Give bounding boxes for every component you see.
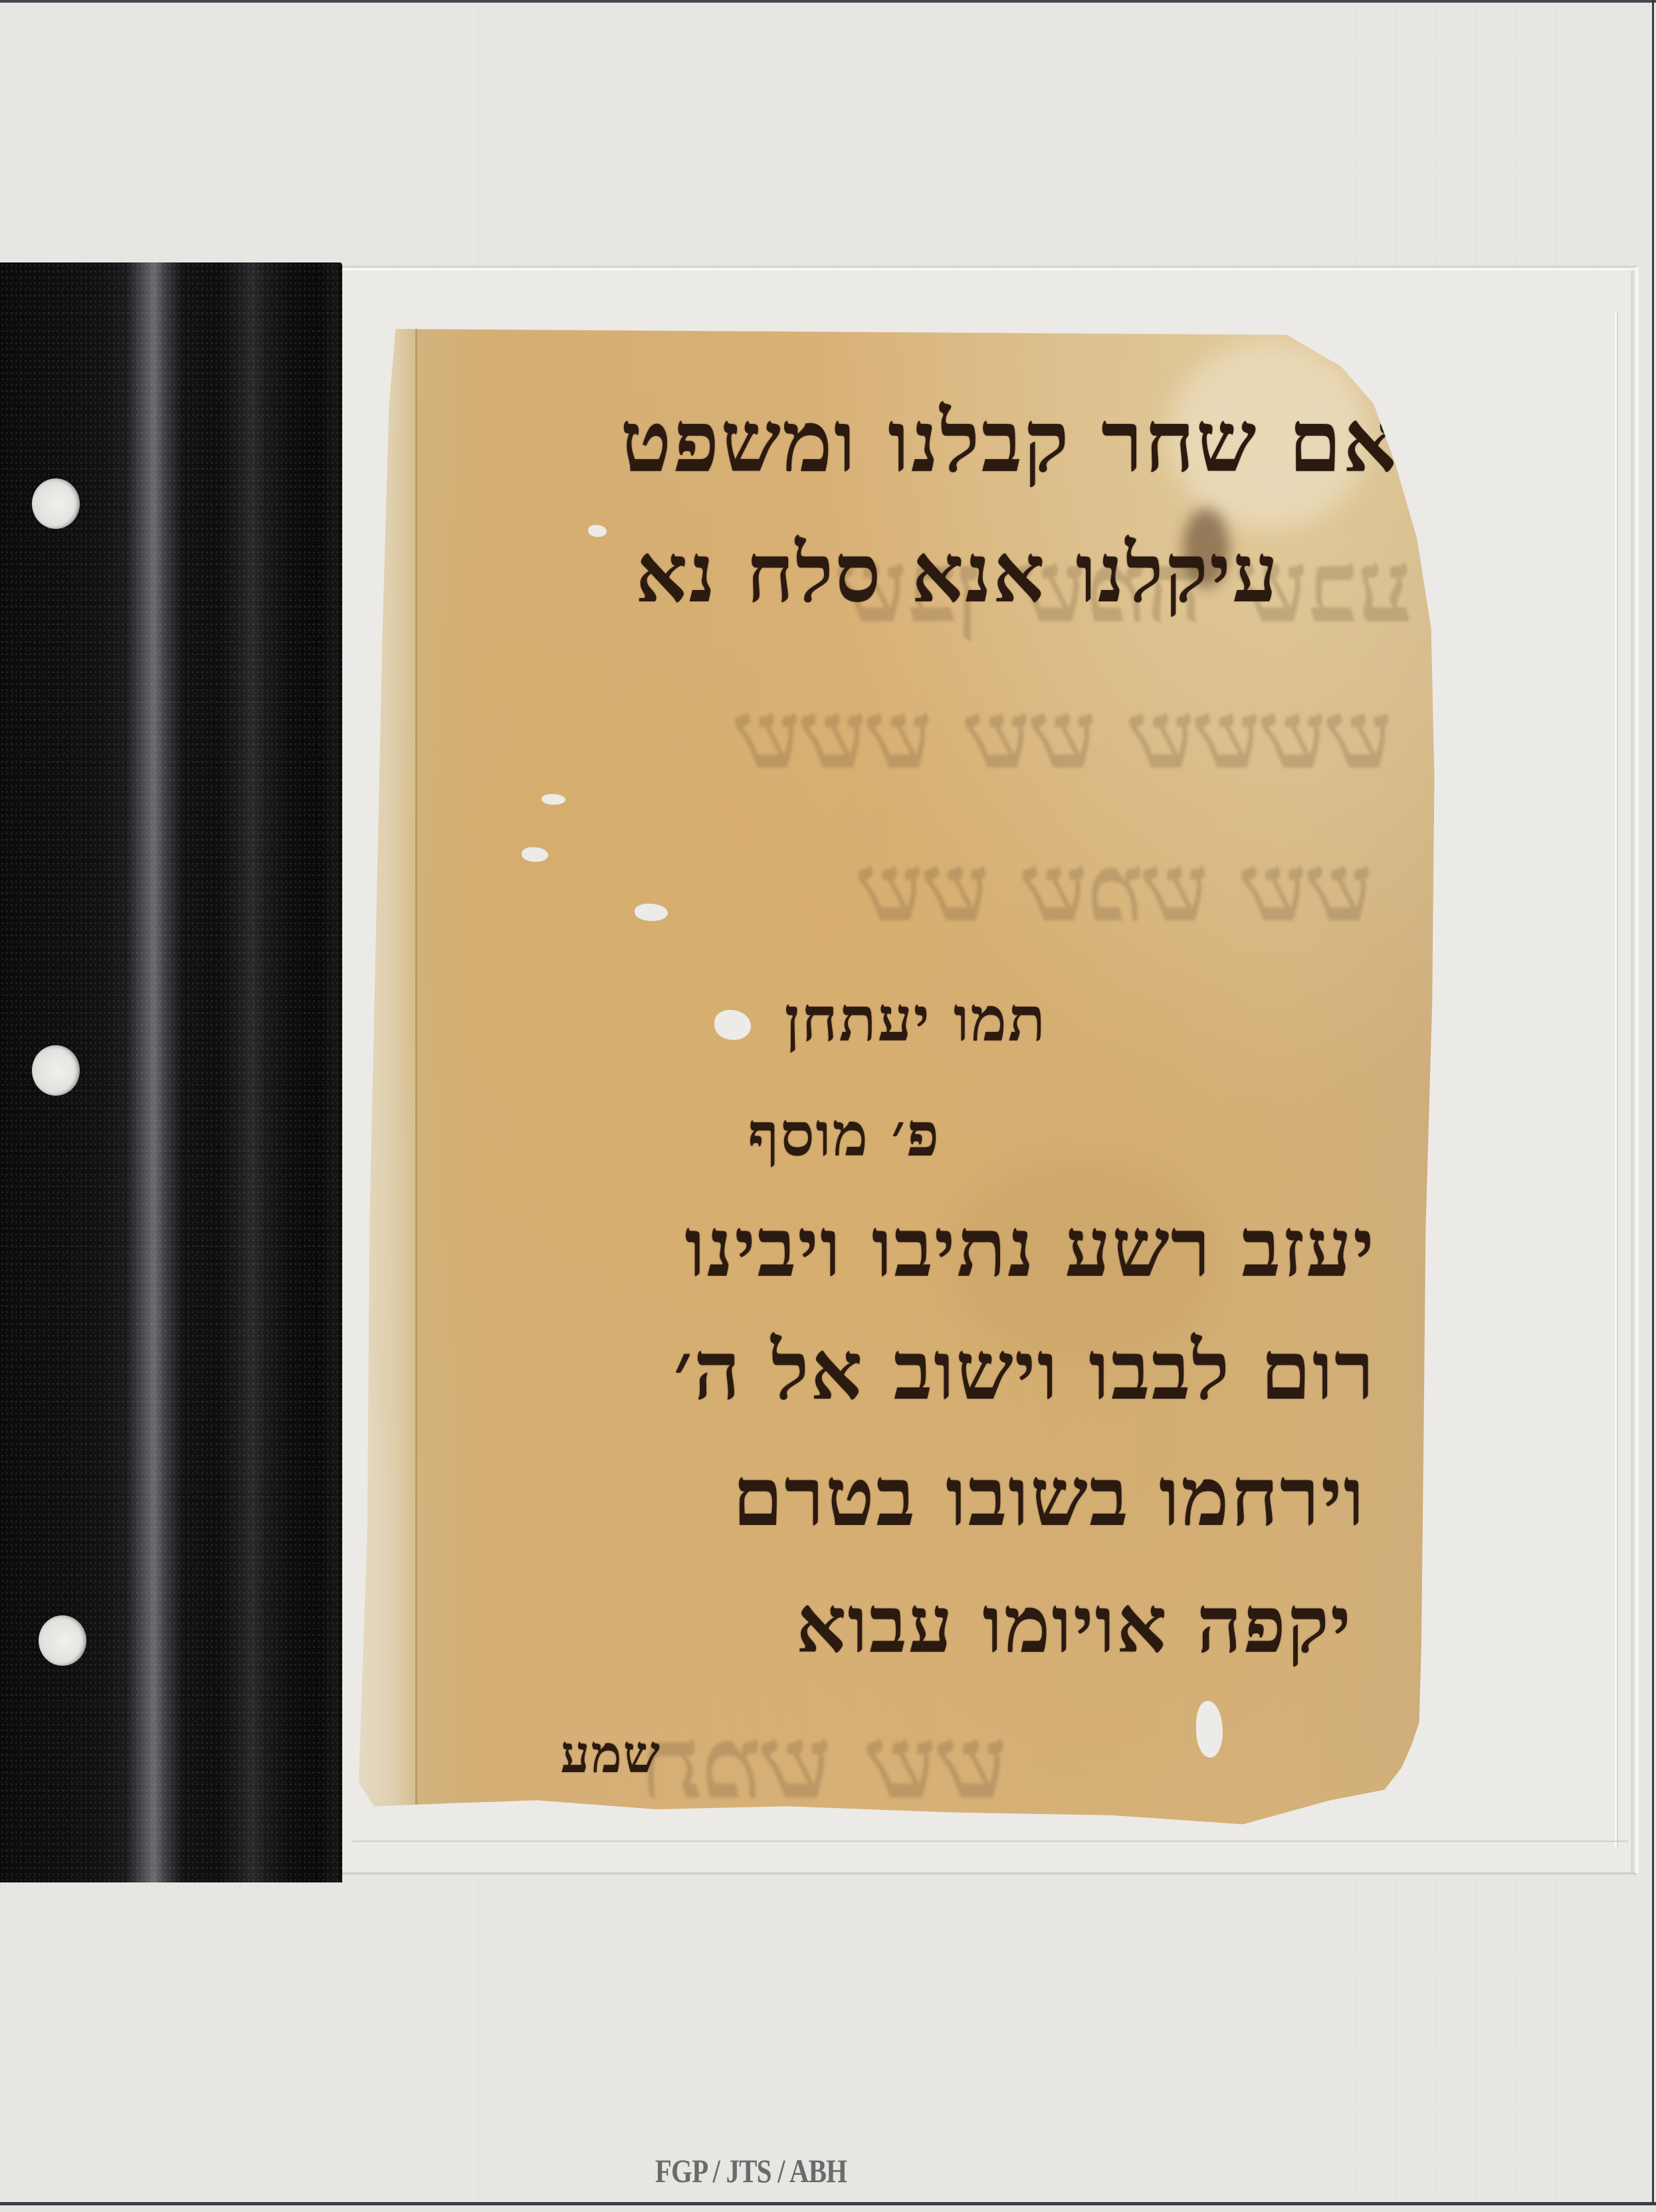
show-through-text: תמש שש <box>641 1704 1007 1821</box>
punch-hole-icon <box>32 1045 80 1096</box>
manuscript-line-3: יעזב רשע נתיבו ויבינו <box>684 1199 1376 1296</box>
fragment-fold <box>415 329 417 1827</box>
scan-margin <box>0 2205 1656 2212</box>
manuscript-line-5: וירחמו בשובו בטרם <box>732 1449 1366 1545</box>
manuscript-catchword: שמע <box>560 1724 661 1785</box>
punch-hole-icon <box>32 478 80 529</box>
manuscript-line-1: אם שחר קבלנו ומשפט <box>620 392 1399 492</box>
sleeve-edge <box>1615 312 1617 1847</box>
scan-edge-top <box>0 0 1656 3</box>
manuscript-line-4: רום לבבו וישוב אל ה׳ <box>674 1322 1376 1419</box>
manuscript-line-6: יקפה אויומו עבוא <box>796 1578 1352 1671</box>
manuscript-rubric: פ׳ מוסף <box>748 1100 940 1170</box>
parchment-loss <box>635 904 668 921</box>
show-through-text: ששש שש שששש <box>734 681 1392 790</box>
parchment-loss <box>714 1010 751 1040</box>
manuscript-line-2: עיקלנו אנא סלח נא <box>635 525 1279 621</box>
scan-edge-right <box>1652 0 1654 2212</box>
manuscript-rubric: תמו יעתחן <box>785 983 1047 1055</box>
parchment-loss <box>542 794 566 805</box>
parchment-loss <box>1196 1701 1223 1758</box>
parchment-loss <box>522 847 548 862</box>
parchment-loss <box>588 525 607 537</box>
manuscript-fragment: שבן שמה שבע ששש שש שששש שש שמש שש תמש שש… <box>352 329 1439 1827</box>
show-through-text: שש שמש שש <box>857 834 1372 943</box>
punch-hole-icon <box>39 1615 86 1666</box>
archive-caption: FGP / JTS / ABH <box>604 2152 898 2190</box>
sleeve-edge <box>352 1841 1628 1842</box>
binder-strip <box>0 262 342 1882</box>
